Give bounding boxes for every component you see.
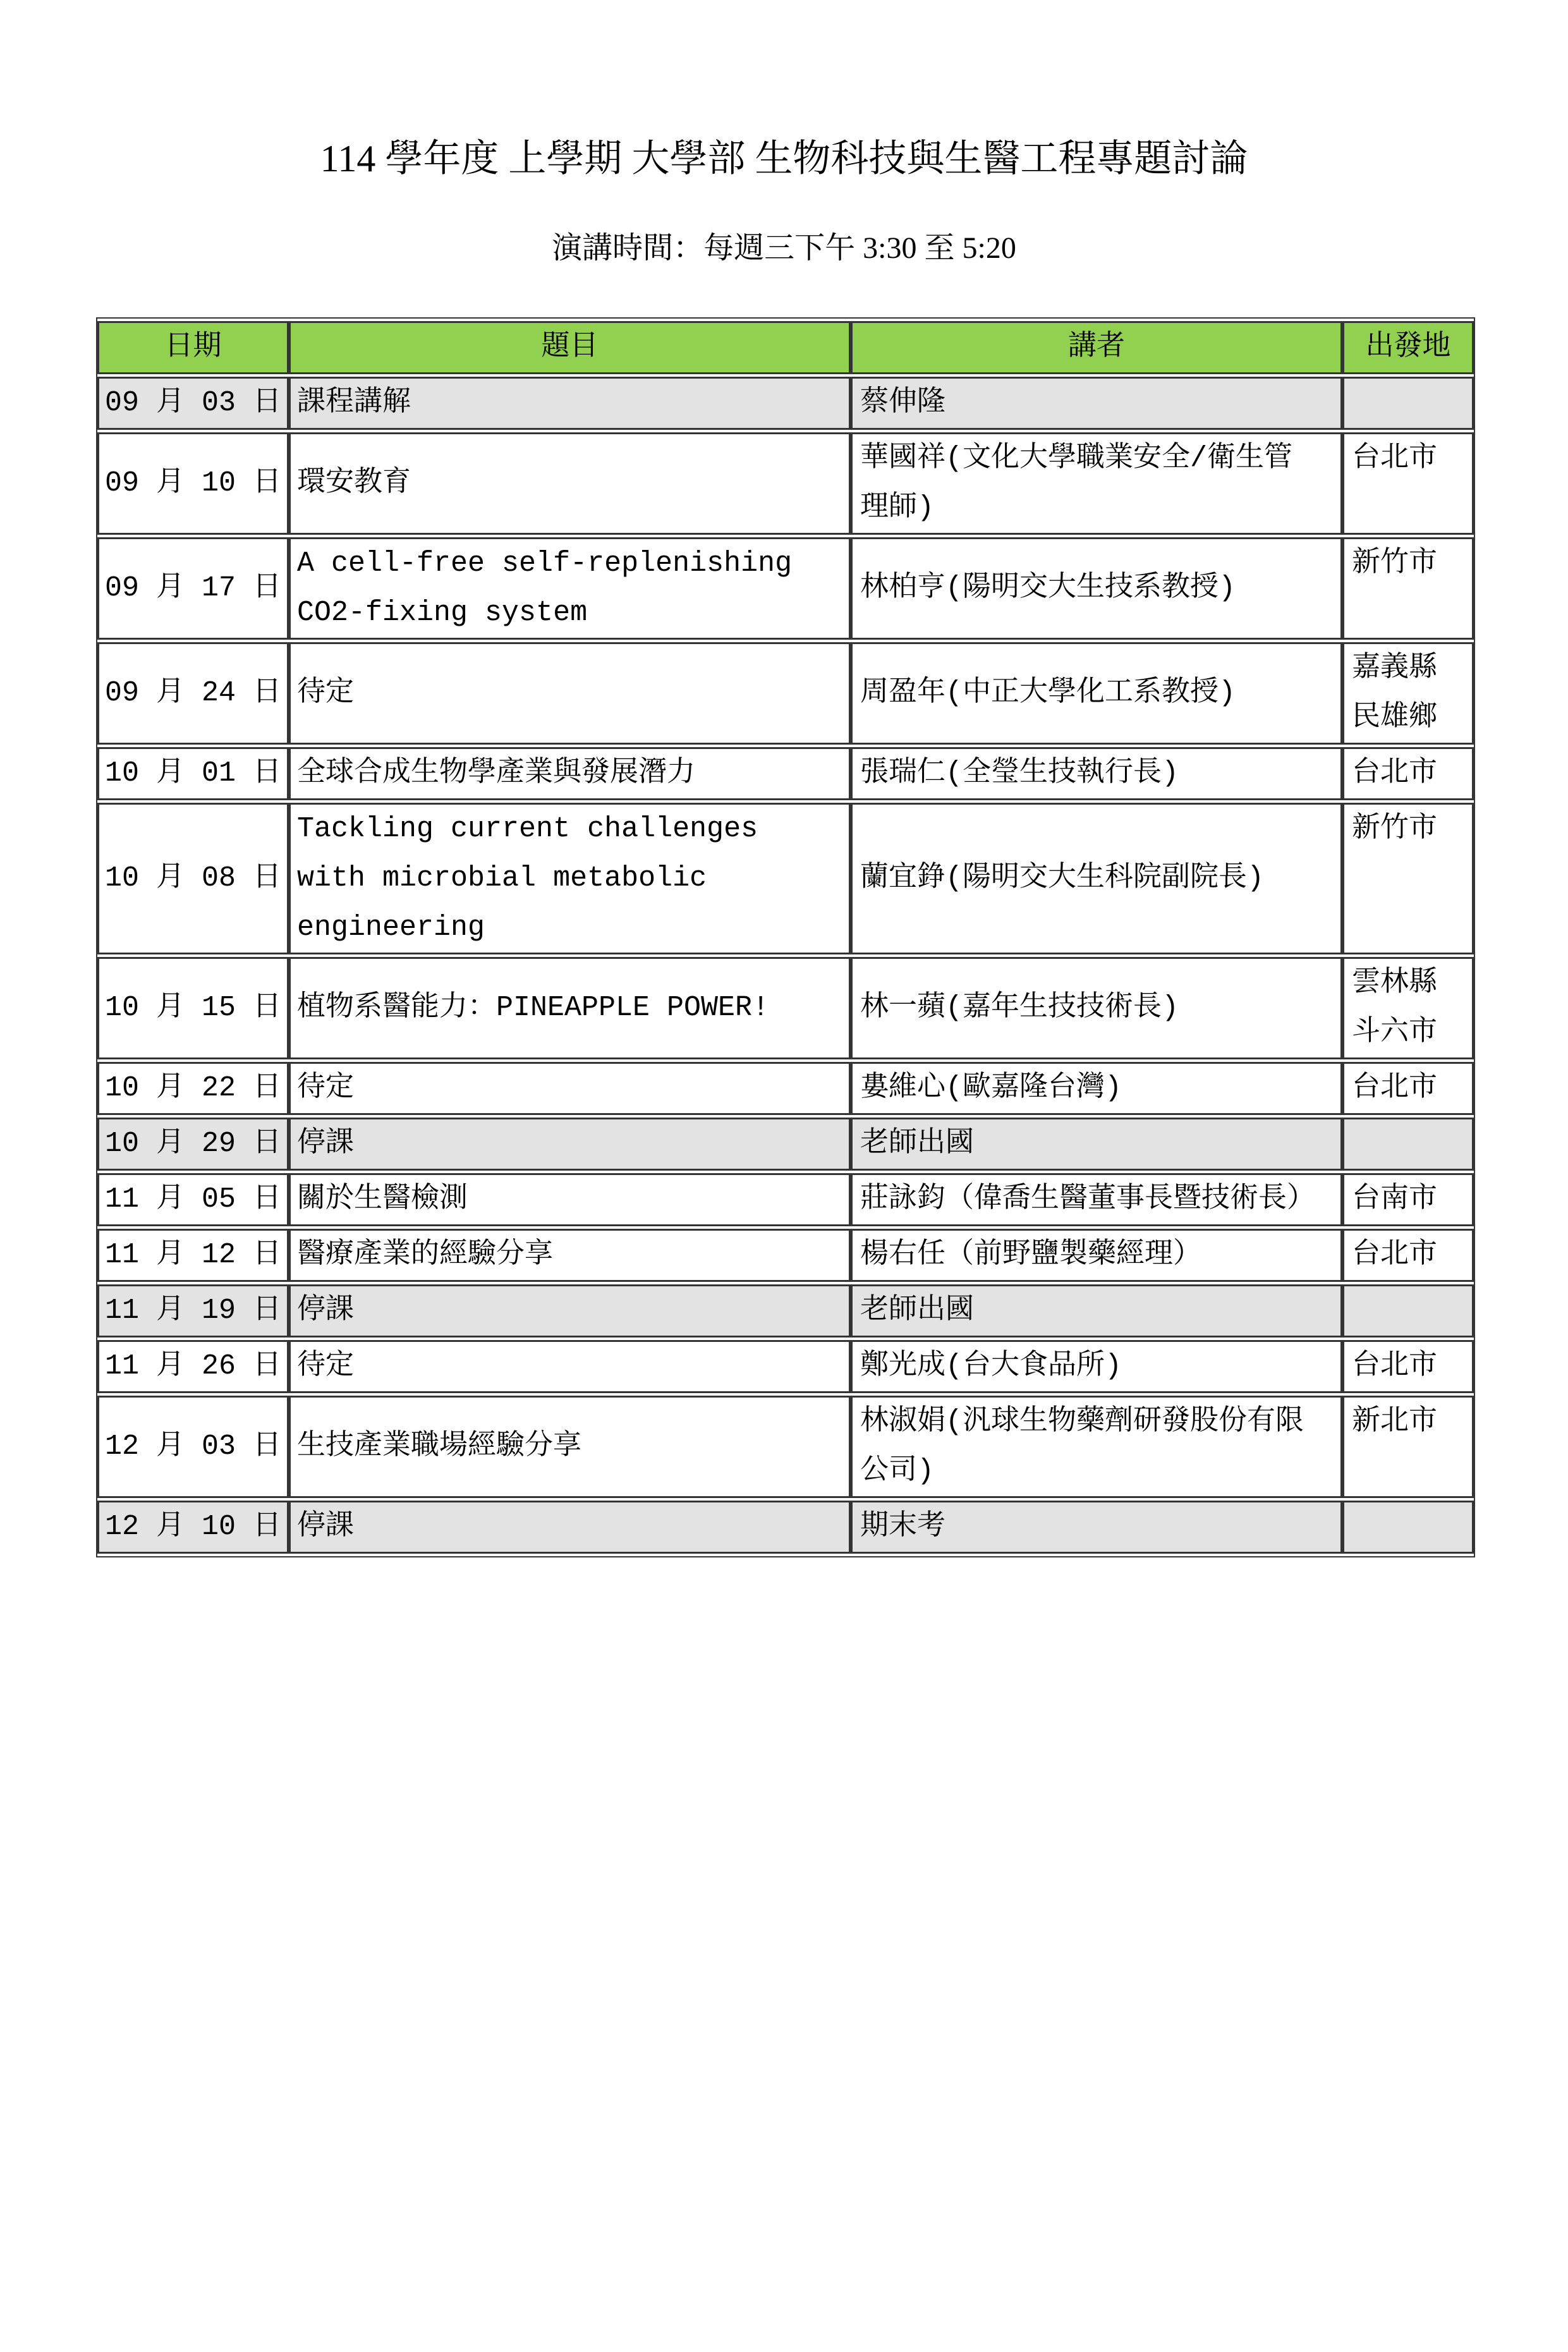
table-row: 09 月 24 日 待定 周盈年(中正大學化工系教授) 嘉義縣民雄鄉: [97, 642, 1474, 745]
date-cell: 10 月 01 日: [97, 747, 289, 800]
schedule-rows: 09 月 03 日 課程講解 蔡伸隆 09 月 10 日 環安教育 華國祥(文化…: [97, 377, 1474, 1554]
topic-cell: 停課: [289, 1284, 851, 1337]
topic-cell: 停課: [289, 1118, 851, 1171]
page-subtitle: 演講時間：每週三下午 3:30 至 5:20: [0, 229, 1568, 268]
column-header-speaker: 講者: [851, 321, 1342, 374]
origin-cell: 台北市: [1342, 1229, 1474, 1282]
date-cell: 09 月 17 日: [97, 537, 289, 640]
origin-cell: [1342, 1501, 1474, 1554]
table-row: 11 月 12 日 醫療產業的經驗分享 楊右任（前野鹽製藥經理） 台北市: [97, 1229, 1474, 1282]
topic-cell: 全球合成生物學產業與發展潛力: [289, 747, 851, 800]
table-row: 10 月 01 日 全球合成生物學產業與發展潛力 張瑞仁(全瑩生技執行長) 台北…: [97, 747, 1474, 800]
origin-cell: 新北市: [1342, 1396, 1474, 1498]
column-header-topic: 題目: [289, 321, 851, 374]
speaker-cell: 林柏亨(陽明交大生技系教授): [851, 537, 1342, 640]
origin-cell: 台北市: [1342, 1062, 1474, 1115]
column-header-date: 日期: [97, 321, 289, 374]
table-row: 11 月 05 日 關於生醫檢測 莊詠鈞（偉喬生醫董事長暨技術長） 台南市: [97, 1173, 1474, 1226]
topic-cell: 植物系醫能力：PINEAPPLE POWER!: [289, 957, 851, 1059]
table-row: 10 月 22 日 待定 婁維心(歐嘉隆台灣) 台北市: [97, 1062, 1474, 1115]
origin-cell: [1342, 377, 1474, 430]
origin-cell: 台北市: [1342, 747, 1474, 800]
date-cell: 09 月 10 日: [97, 432, 289, 535]
date-cell: 12 月 03 日: [97, 1396, 289, 1498]
topic-cell: 課程講解: [289, 377, 851, 430]
topic-cell: 生技產業職場經驗分享: [289, 1396, 851, 1498]
table-row: 10 月 15 日 植物系醫能力：PINEAPPLE POWER! 林一蘋(嘉年…: [97, 957, 1474, 1059]
speaker-cell: 林淑娟(汎球生物藥劑研發股份有限公司): [851, 1396, 1342, 1498]
header-row: 日期 題目 講者 出發地: [97, 321, 1474, 374]
date-cell: 11 月 05 日: [97, 1173, 289, 1226]
origin-cell: [1342, 1284, 1474, 1337]
topic-cell: A cell-free self-replenishing CO2-fixing…: [289, 537, 851, 640]
table-row: 09 月 10 日 環安教育 華國祥(文化大學職業安全/衛生管理師) 台北市: [97, 432, 1474, 535]
date-cell: 10 月 22 日: [97, 1062, 289, 1115]
origin-cell: 雲林縣斗六市: [1342, 957, 1474, 1059]
speaker-cell: 林一蘋(嘉年生技技術長): [851, 957, 1342, 1059]
origin-cell: 台南市: [1342, 1173, 1474, 1226]
table-row: 11 月 26 日 待定 鄭光成(台大食品所) 台北市: [97, 1340, 1474, 1393]
table-row: 09 月 17 日 A cell-free self-replenishing …: [97, 537, 1474, 640]
speaker-cell: 華國祥(文化大學職業安全/衛生管理師): [851, 432, 1342, 535]
topic-cell: 關於生醫檢測: [289, 1173, 851, 1226]
date-cell: 10 月 15 日: [97, 957, 289, 1059]
speaker-cell: 莊詠鈞（偉喬生醫董事長暨技術長）: [851, 1173, 1342, 1226]
date-cell: 09 月 03 日: [97, 377, 289, 430]
date-cell: 11 月 19 日: [97, 1284, 289, 1337]
date-cell: 12 月 10 日: [97, 1501, 289, 1554]
origin-cell: 新竹市: [1342, 803, 1474, 954]
topic-cell: 醫療產業的經驗分享: [289, 1229, 851, 1282]
speaker-cell: 楊右任（前野鹽製藥經理）: [851, 1229, 1342, 1282]
speaker-cell: 周盈年(中正大學化工系教授): [851, 642, 1342, 745]
table-row: 12 月 03 日 生技產業職場經驗分享 林淑娟(汎球生物藥劑研發股份有限公司)…: [97, 1396, 1474, 1498]
speaker-cell: 蘭宜錚(陽明交大生科院副院長): [851, 803, 1342, 954]
speaker-cell: 張瑞仁(全瑩生技執行長): [851, 747, 1342, 800]
origin-cell: 新竹市: [1342, 537, 1474, 640]
page-title: 114 學年度 上學期 大學部 生物科技與生醫工程專題討論: [0, 134, 1568, 183]
date-cell: 11 月 12 日: [97, 1229, 289, 1282]
topic-cell: Tackling current challenges with microbi…: [289, 803, 851, 954]
topic-cell: 待定: [289, 642, 851, 745]
origin-cell: [1342, 1118, 1474, 1171]
origin-cell: 嘉義縣民雄鄉: [1342, 642, 1474, 745]
topic-cell: 待定: [289, 1062, 851, 1115]
table-row: 09 月 03 日 課程講解 蔡伸隆: [97, 377, 1474, 430]
date-cell: 10 月 08 日: [97, 803, 289, 954]
date-cell: 11 月 26 日: [97, 1340, 289, 1393]
date-cell: 10 月 29 日: [97, 1118, 289, 1171]
topic-cell: 待定: [289, 1340, 851, 1393]
speaker-cell: 期末考: [851, 1501, 1342, 1554]
topic-cell: 環安教育: [289, 432, 851, 535]
table-row: 12 月 10 日 停課 期末考: [97, 1501, 1474, 1554]
table-row: 10 月 29 日 停課 老師出國: [97, 1118, 1474, 1171]
topic-cell: 停課: [289, 1501, 851, 1554]
origin-cell: 台北市: [1342, 1340, 1474, 1393]
speaker-cell: 鄭光成(台大食品所): [851, 1340, 1342, 1393]
column-header-origin: 出發地: [1342, 321, 1474, 374]
speaker-cell: 老師出國: [851, 1284, 1342, 1337]
origin-cell: 台北市: [1342, 432, 1474, 535]
table-row: 10 月 08 日 Tackling current challenges wi…: [97, 803, 1474, 954]
seminar-schedule-table: 日期 題目 講者 出發地 09 月 03 日 課程講解 蔡伸隆 09 月 10 …: [96, 317, 1475, 1557]
speaker-cell: 婁維心(歐嘉隆台灣): [851, 1062, 1342, 1115]
table-row: 11 月 19 日 停課 老師出國: [97, 1284, 1474, 1337]
speaker-cell: 蔡伸隆: [851, 377, 1342, 430]
date-cell: 09 月 24 日: [97, 642, 289, 745]
speaker-cell: 老師出國: [851, 1118, 1342, 1171]
